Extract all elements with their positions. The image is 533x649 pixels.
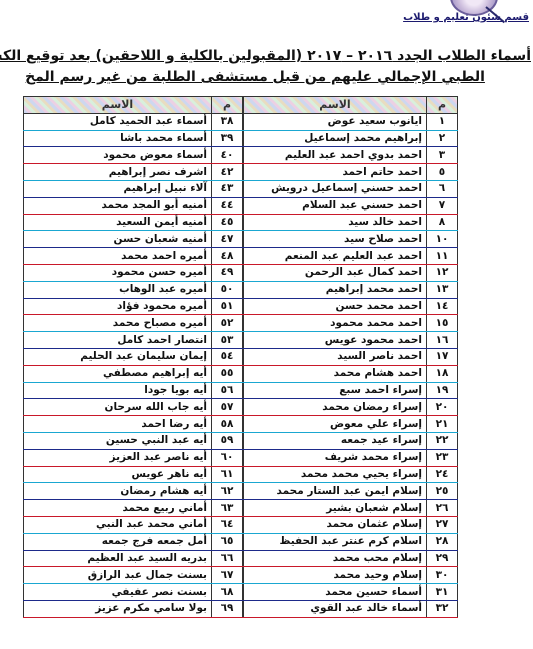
student-name: أميره احمد محمد — [24, 248, 212, 265]
table-row: ٢٥إسلام ايمن عبد الستار محمد — [244, 483, 458, 500]
table-row: ٥٨أيه رضا احمد — [24, 416, 243, 433]
student-number: ٤٧ — [212, 231, 243, 248]
table-row: ٥٣انتصار احمد كامل — [24, 332, 243, 349]
student-number: ٢٩ — [427, 550, 458, 567]
student-name: أيه إبراهيم مصطفي — [24, 365, 212, 382]
student-number: ٥١ — [212, 298, 243, 315]
student-name: أيه ناهر عويس — [24, 466, 212, 483]
student-number: ٤٣ — [212, 180, 243, 197]
table-row: ٥١أميره محمود فؤاد — [24, 298, 243, 315]
table-row: ٥٠أميره عبد الوهاب — [24, 281, 243, 298]
table-row: ٣١أسماء حسين محمد — [244, 584, 458, 601]
student-number: ١٢ — [427, 264, 458, 281]
student-name: أيه عبد النبي حسين — [24, 432, 212, 449]
table-row: ٦١أيه ناهر عويس — [24, 466, 243, 483]
student-number: ٢٠ — [427, 399, 458, 416]
student-number: ٢١ — [427, 416, 458, 433]
column-header-number: م — [427, 97, 458, 114]
student-number: ٦٩ — [212, 600, 243, 617]
student-name: احمد محمد محمود — [244, 315, 427, 332]
document-title-line-2: الطبي الإجمالي عليهم من قبل مستشفى الطلب… — [0, 69, 510, 85]
table-row: ١٩إسراء احمد سبع — [244, 382, 458, 399]
student-name: احمد محمد إبراهيم — [244, 281, 427, 298]
student-number: ٤٥ — [212, 214, 243, 231]
student-name: أماني ربيع محمد — [24, 500, 212, 517]
student-name: إسراء يحيي محمد محمد — [244, 466, 427, 483]
table-row: ٣احمد بدوي احمد عبد العليم — [244, 147, 458, 164]
student-name: احمد صلاح سيد — [244, 231, 427, 248]
student-name: احمد ناصر السيد — [244, 348, 427, 365]
student-number: ١١ — [427, 248, 458, 265]
student-number: ٦٥ — [212, 533, 243, 550]
department-label: قسم شئون تعليم و طلاب — [403, 12, 529, 23]
student-name: احمد حاتم احمد — [244, 164, 427, 181]
student-number: ١٣ — [427, 281, 458, 298]
student-name: بسنت جمال عبد الرازق — [24, 567, 212, 584]
student-name: أسماء محمد باشا — [24, 130, 212, 147]
student-number: ٥٢ — [212, 315, 243, 332]
table-row: ٢٧إسلام عثمان محمد — [244, 516, 458, 533]
student-number: ١٠ — [427, 231, 458, 248]
student-name: أميره حسن محمود — [24, 264, 212, 281]
table-row: ٦٣أماني ربيع محمد — [24, 500, 243, 517]
student-name: أمل جمعه فرج جمعه — [24, 533, 212, 550]
student-name: أسماء عبد الحميد كامل — [24, 113, 212, 130]
table-row: ١٢احمد كمال عبد الرحمن — [244, 264, 458, 281]
students-table-left: م الاسم ٣٨أسماء عبد الحميد كامل٣٩أسماء م… — [23, 96, 243, 618]
student-name: أمنيه أبو المجد محمد — [24, 197, 212, 214]
table-row: ٤٩أميره حسن محمود — [24, 264, 243, 281]
student-name: إسلام عثمان محمد — [244, 516, 427, 533]
table-row: ٢٠إسراء رمضان محمد — [244, 399, 458, 416]
student-name: إسراء عيد جمعه — [244, 432, 427, 449]
table-row: ١٣احمد محمد إبراهيم — [244, 281, 458, 298]
table-row: ٥٩أيه عبد النبي حسين — [24, 432, 243, 449]
table-row: ١٨احمد هشام محمد — [244, 365, 458, 382]
student-number: ٤٨ — [212, 248, 243, 265]
student-name: احمد بدوي احمد عبد العليم — [244, 147, 427, 164]
student-name: احمد هشام محمد — [244, 365, 427, 382]
student-name: بولا سامي مكرم عزيز — [24, 600, 212, 617]
student-name: أماني محمد عبد النبي — [24, 516, 212, 533]
student-number: ٥٠ — [212, 281, 243, 298]
student-number: ٥٩ — [212, 432, 243, 449]
student-number: ٦٣ — [212, 500, 243, 517]
table-row: ٣٢أسماء خالد عبد القوي — [244, 600, 458, 617]
student-name: إسراء رمضان محمد — [244, 399, 427, 416]
student-name: أميره مصباح محمد — [24, 315, 212, 332]
student-name: احمد عبد العليم عبد المنعم — [244, 248, 427, 265]
table-row: ٦٦بدريه السيد عبد العظيم — [24, 550, 243, 567]
student-name: أسماء خالد عبد القوي — [244, 600, 427, 617]
student-number: ١٩ — [427, 382, 458, 399]
student-name: أسماء حسين محمد — [244, 584, 427, 601]
student-number: ٢٥ — [427, 483, 458, 500]
student-number: ١٧ — [427, 348, 458, 365]
column-header-name: الاسم — [24, 97, 212, 114]
table-row: ٢٨اسلام كرم عنتر عبد الحفيظ — [244, 533, 458, 550]
student-name: احمد خالد سيد — [244, 214, 427, 231]
table-row: ٦احمد حسني إسماعيل درويش — [244, 180, 458, 197]
student-number: ٢٤ — [427, 466, 458, 483]
student-name: احمد حسني عبد السلام — [244, 197, 427, 214]
student-number: ٥ — [427, 164, 458, 181]
student-name: إسلام محب محمد — [244, 550, 427, 567]
student-name: إسلام وحيد محمد — [244, 567, 427, 584]
student-number: ١٨ — [427, 365, 458, 382]
student-name: احمد محمد حسن — [244, 298, 427, 315]
student-number: ٦٧ — [212, 567, 243, 584]
student-name: إسراء محمد شريف — [244, 449, 427, 466]
table-row: ٦٧بسنت جمال عبد الرازق — [24, 567, 243, 584]
table-row: ٦٥أمل جمعه فرج جمعه — [24, 533, 243, 550]
student-number: ٦٦ — [212, 550, 243, 567]
student-name: أيه بويا جودا — [24, 382, 212, 399]
student-number: ٢ — [427, 130, 458, 147]
student-name: إسراء احمد سبع — [244, 382, 427, 399]
table-row: ٤٥أمنيه أيمن السعيد — [24, 214, 243, 231]
table-row: ٤٠أسماء معوض محمود — [24, 147, 243, 164]
table-row: ٢٢إسراء عيد جمعه — [244, 432, 458, 449]
table-row: ٦٤أماني محمد عبد النبي — [24, 516, 243, 533]
student-name: أسماء معوض محمود — [24, 147, 212, 164]
student-name: اسلام كرم عنتر عبد الحفيظ — [244, 533, 427, 550]
student-number: ٣٢ — [427, 600, 458, 617]
table-row: ٦٠أيه ناصر عبد العزيز — [24, 449, 243, 466]
student-name: احمد كمال عبد الرحمن — [244, 264, 427, 281]
table-row: ١٤احمد محمد حسن — [244, 298, 458, 315]
student-name: إسلام ايمن عبد الستار محمد — [244, 483, 427, 500]
student-number: ٥٣ — [212, 332, 243, 349]
table-row: ١ايانوب سعيد عوض — [244, 113, 458, 130]
table-row: ٣٨أسماء عبد الحميد كامل — [24, 113, 243, 130]
table-row: ٦٨بسنت نصر عفيفي — [24, 584, 243, 601]
student-name: أميره محمود فؤاد — [24, 298, 212, 315]
student-number: ٢٧ — [427, 516, 458, 533]
student-number: ٣٩ — [212, 130, 243, 147]
student-number: ٣ — [427, 147, 458, 164]
column-header-name: الاسم — [244, 97, 427, 114]
student-number: ٨ — [427, 214, 458, 231]
student-number: ٣٨ — [212, 113, 243, 130]
table-row: ٦٩بولا سامي مكرم عزيز — [24, 600, 243, 617]
student-name: انتصار احمد كامل — [24, 332, 212, 349]
table-row: ٤٤أمنيه أبو المجد محمد — [24, 197, 243, 214]
student-number: ٤٠ — [212, 147, 243, 164]
student-number: ٥٦ — [212, 382, 243, 399]
table-row: ٣٠إسلام وحيد محمد — [244, 567, 458, 584]
student-number: ١٤ — [427, 298, 458, 315]
student-number: ٤٩ — [212, 264, 243, 281]
table-row: ٨احمد خالد سيد — [244, 214, 458, 231]
table-row: ٥احمد حاتم احمد — [244, 164, 458, 181]
student-number: ١٦ — [427, 332, 458, 349]
table-row: ١٥احمد محمد محمود — [244, 315, 458, 332]
student-name: إيمان سليمان عبد الحليم — [24, 348, 212, 365]
table-row: ٢٩إسلام محب محمد — [244, 550, 458, 567]
table-row: ٢إبراهيم محمد إسماعيل — [244, 130, 458, 147]
table-row: ١٦احمد محمود عويس — [244, 332, 458, 349]
student-name: أيه رضا احمد — [24, 416, 212, 433]
student-number: ٥٨ — [212, 416, 243, 433]
student-name: أمنيه شعبان حسن — [24, 231, 212, 248]
document-title-line-1: أسماء الطلاب الجدد ٢٠١٦ – ٢٠١٧ (المقبولي… — [0, 48, 531, 64]
table-row: ٣٩أسماء محمد باشا — [24, 130, 243, 147]
student-number: ٤٤ — [212, 197, 243, 214]
student-number: ٦٨ — [212, 584, 243, 601]
student-name: أمنيه أيمن السعيد — [24, 214, 212, 231]
student-number: ١ — [427, 113, 458, 130]
table-row: ٢٣إسراء محمد شريف — [244, 449, 458, 466]
student-number: ٢٢ — [427, 432, 458, 449]
table-row: ٦٢أيه هشام رمضان — [24, 483, 243, 500]
student-name: بسنت نصر عفيفي — [24, 584, 212, 601]
table-row: ٤٨أميره احمد محمد — [24, 248, 243, 265]
table-row: ٧احمد حسني عبد السلام — [244, 197, 458, 214]
student-name: إسلام شعبان بشير — [244, 500, 427, 517]
student-name: احمد حسني إسماعيل درويش — [244, 180, 427, 197]
student-number: ٥٥ — [212, 365, 243, 382]
student-number: ٦٢ — [212, 483, 243, 500]
student-name: آلاء نبيل إبراهيم — [24, 180, 212, 197]
table-row: ٢١إسراء علي معوض — [244, 416, 458, 433]
student-number: ٦ — [427, 180, 458, 197]
student-number: ٣٠ — [427, 567, 458, 584]
table-row: ٥٧أيه جاب الله سرحان — [24, 399, 243, 416]
table-row: ١٠احمد صلاح سيد — [244, 231, 458, 248]
student-number: ٢٦ — [427, 500, 458, 517]
table-row: ٥٢أميره مصباح محمد — [24, 315, 243, 332]
student-name: احمد محمود عويس — [244, 332, 427, 349]
student-name: اشرف نصر إبراهيم — [24, 164, 212, 181]
student-name: أيه هشام رمضان — [24, 483, 212, 500]
student-number: ٥٧ — [212, 399, 243, 416]
student-number: ٧ — [427, 197, 458, 214]
table-row: ١١احمد عبد العليم عبد المنعم — [244, 248, 458, 265]
student-number: ٥٤ — [212, 348, 243, 365]
student-name: أيه جاب الله سرحان — [24, 399, 212, 416]
column-header-number: م — [212, 97, 243, 114]
table-row: ١٧احمد ناصر السيد — [244, 348, 458, 365]
student-name: إبراهيم محمد إسماعيل — [244, 130, 427, 147]
table-row: ٤٣آلاء نبيل إبراهيم — [24, 180, 243, 197]
student-number: ٢٣ — [427, 449, 458, 466]
table-row: ٢٦إسلام شعبان بشير — [244, 500, 458, 517]
student-number: ٤٢ — [212, 164, 243, 181]
table-row: ٢٤إسراء يحيي محمد محمد — [244, 466, 458, 483]
student-number: ١٥ — [427, 315, 458, 332]
table-row: ٥٦أيه بويا جودا — [24, 382, 243, 399]
table-row: ٤٧أمنيه شعبان حسن — [24, 231, 243, 248]
student-number: ٦٠ — [212, 449, 243, 466]
student-number: ٣١ — [427, 584, 458, 601]
student-name: أميره عبد الوهاب — [24, 281, 212, 298]
students-table-right: م الاسم ١ايانوب سعيد عوض٢إبراهيم محمد إس… — [243, 96, 458, 618]
student-number: ٦٤ — [212, 516, 243, 533]
student-name: أيه ناصر عبد العزيز — [24, 449, 212, 466]
student-number: ٢٨ — [427, 533, 458, 550]
table-row: ٤٢اشرف نصر إبراهيم — [24, 164, 243, 181]
student-name: بدريه السيد عبد العظيم — [24, 550, 212, 567]
table-row: ٥٤إيمان سليمان عبد الحليم — [24, 348, 243, 365]
table-row: ٥٥أيه إبراهيم مصطفي — [24, 365, 243, 382]
student-name: ايانوب سعيد عوض — [244, 113, 427, 130]
student-number: ٦١ — [212, 466, 243, 483]
student-name: إسراء علي معوض — [244, 416, 427, 433]
